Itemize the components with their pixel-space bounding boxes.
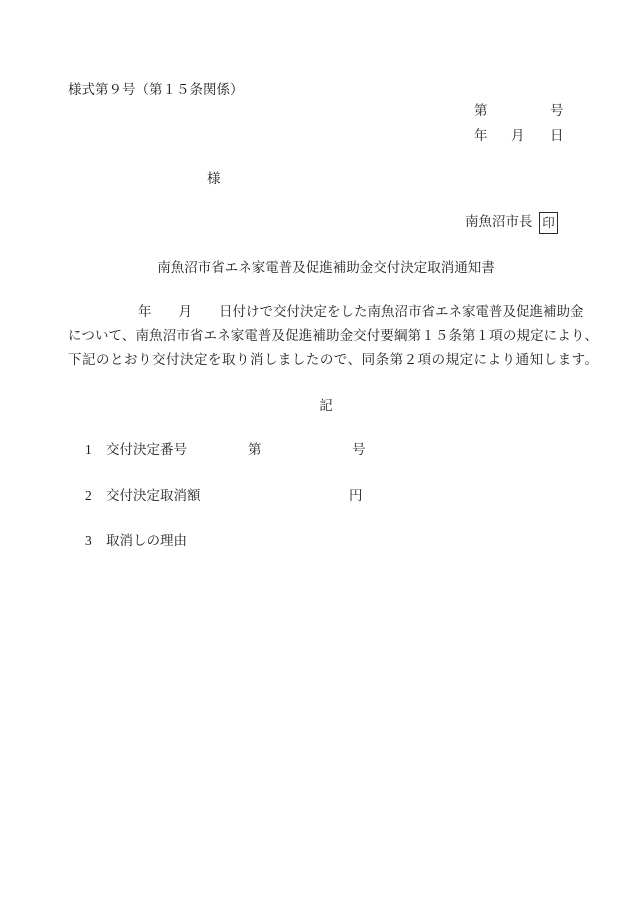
date-day-label: 日: [550, 128, 564, 145]
seal-placeholder-box: 印: [539, 212, 558, 234]
record-marker: 記: [0, 398, 630, 415]
item-label: 交付決定番号: [106, 442, 187, 459]
item-number: 3: [85, 533, 92, 550]
document-page: 様式第９号（第１５条関係） 第 号 年 月 日 様 南魚沼市長 印 南魚沼市省エ…: [0, 0, 630, 903]
body-line-1: 年 月 日付けで交付決定をした南魚沼市省エネ家電普及促進補助金: [138, 304, 584, 321]
doc-number-prefix: 第: [474, 103, 488, 120]
item-label: 交付決定取消額: [106, 488, 201, 505]
item-value-suffix: 円: [349, 488, 363, 505]
form-number: 様式第９号（第１５条関係）: [68, 82, 244, 99]
doc-number-suffix: 号: [550, 103, 564, 120]
document-title: 南魚沼市省エネ家電普及促進補助金交付決定取消通知書: [0, 260, 630, 277]
item-number: 1: [85, 442, 92, 459]
signer-name: 南魚沼市長: [465, 214, 533, 231]
item-label: 取消しの理由: [106, 533, 187, 550]
body-line-3: 下記のとおり交付決定を取り消しましたので、同条第２項の規定により通知します。: [68, 352, 598, 369]
date-year-label: 年: [474, 128, 488, 145]
body-line-2: について、南魚沼市省エネ家電普及促進補助金交付要綱第１５条第１項の規定により、: [68, 328, 598, 345]
item-value-suffix: 号: [352, 442, 366, 459]
item-number: 2: [85, 488, 92, 505]
item-value-prefix: 第: [248, 442, 262, 459]
addressee-honorific: 様: [207, 171, 221, 188]
date-month-label: 月: [511, 128, 525, 145]
